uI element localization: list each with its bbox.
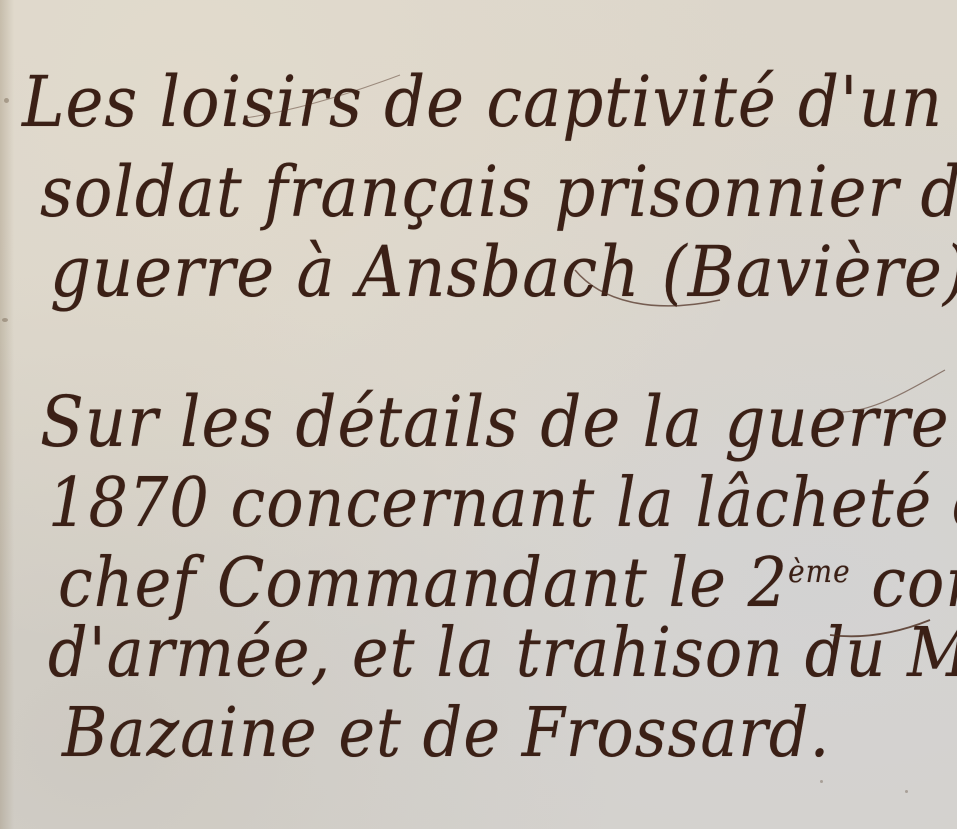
subtitle-line-3: chef Commandant le 2ème corps: [58, 542, 957, 622]
subtitle-line-3-text: chef Commandant le 2: [58, 542, 788, 622]
subtitle-line-1: Sur les détails de la guerre de: [40, 382, 957, 463]
title-line-1: Les loisirs de captivité d'un: [22, 62, 943, 143]
title-line-3: guerre à Ansbach (Bavière): [50, 232, 957, 313]
subtitle-line-2: 1870 concernant la lâcheté du: [48, 462, 957, 542]
manuscript-page: Les loisirs de captivité d'un soldat fra…: [0, 0, 957, 829]
subtitle-line-3-end: corps: [851, 542, 957, 622]
subtitle-line-4: d'armée, et la trahison du Mal: [48, 612, 957, 692]
title-line-2: soldat français prisonnier de: [40, 152, 957, 233]
paper-left-edge: [0, 0, 14, 829]
paper-speck: [4, 98, 9, 103]
paper-speck: [820, 780, 823, 783]
paper-speck: [905, 790, 908, 793]
subtitle-line-5: Bazaine et de Frossard.: [62, 692, 830, 772]
paper-speck: [2, 318, 8, 322]
ordinal-superscript: ème: [788, 553, 850, 589]
subtitle-line-4-text: d'armée, et la trahison du M: [48, 612, 957, 692]
